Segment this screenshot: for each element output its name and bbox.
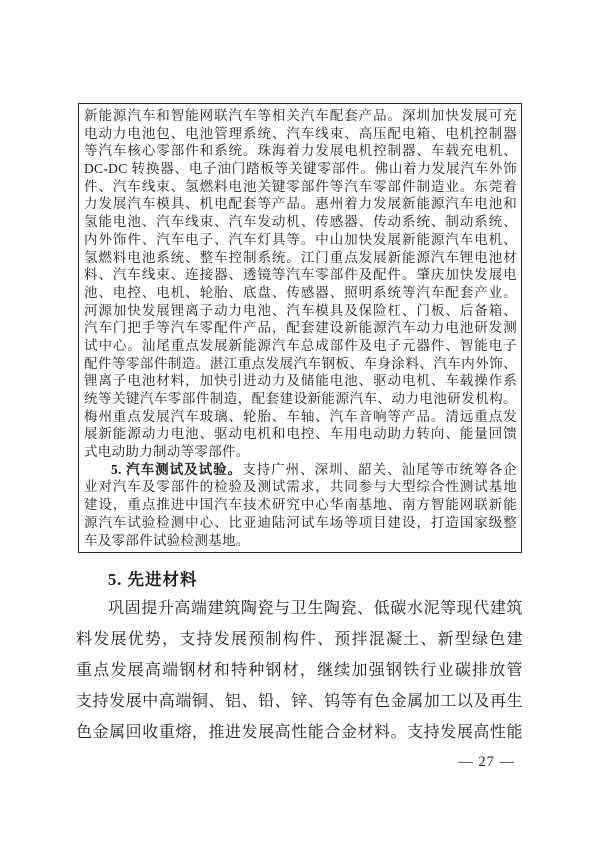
text-line: 内外饰件、汽车电子、汽车灯具等。中山加快发展新能源汽车电机、 [84,231,517,249]
text-line: 料、汽车线束、连接器、透镜等汽车零部件及配件。肇庆加快发展电 [84,266,517,284]
text-line: 重点发展高端钢材和特种钢材，继续加强钢铁行业碳排放管理。 [76,655,523,686]
document-page: 新能源汽车和智能网联汽车等相关汽车配套产品。深圳加快发展可充电动力电池包、电池管… [0,0,600,848]
text-line: 5. 汽车测试及试验。支持广州、深圳、韶关、汕尾等市统筹各企 [84,461,517,479]
text-line: 式电动助力制动等零部件。 [84,443,517,461]
text-line: 车及零部件试验检测基地。 [84,532,517,550]
text-line: 力发展汽车模具、机电配套等产品。惠州着力发展新能源汽车电池和 [84,195,517,213]
text-line: 件、汽车线束、氢燃料电池关键零部件等汽车零部件制造业。东莞着 [84,178,517,196]
text-line: 源汽车试验检测中心、比亚迪陆河试车场等项目建设，打造国家级整 [84,514,517,532]
page-number: — 27 — [458,754,515,771]
text-line: 氢能电池、汽车线束、汽车发动机、传感器、传动系统、制动系统、 [84,213,517,231]
text-line: 等汽车核心零部件和系统。珠海着力发展电机控制器、车载充电机、 [84,142,517,160]
text-line: 巩固提升高端建筑陶瓷与卫生陶瓷、低碳水泥等现代建筑材 [76,593,523,624]
text-line: DC-DC 转换器、电子油门踏板等关键零部件。佛山着力发展汽车外饰 [84,160,517,178]
text-line: 业对汽车及零部件的检验及测试需求，共同参与大型综合性测试基地 [84,478,517,496]
text-line: 池、电控、电机、轮胎、底盘、传感器、照明系统等汽车配套产业。 [84,284,517,302]
text-line: 料发展优势，支持发展预制构件、预拌混凝土、新型绿色建材。 [76,624,523,655]
text-line: 氢燃料电池系统、整车控制系统。江门重点发展新能源汽车锂电池材 [84,249,517,267]
text-line: 锂离子电池材料，加快引进动力及储能电池、驱动电机、车载操作系 [84,372,517,390]
text-line: 梅州重点发展汽车玻璃、轮胎、车轴、汽车音响等产品。清远重点发 [84,408,517,426]
text-line: 色金属回收重熔，推进发展高性能合金材料。支持发展高性能橡 [76,717,523,748]
text-line: 统等关键汽车零部件制造，配套建设新能源汽车、动力电池研发机构。 [84,390,517,408]
text-line: 展新能源动力电池、驱动电机和电控、车用电动助力转向、能量回馈 [84,425,517,443]
text-line: 电动力电池包、电池管理系统、汽车线束、高压配电箱、电机控制器 [84,125,517,143]
section-heading: 5. 先进材料 [108,566,198,590]
text-line: 新能源汽车和智能网联汽车等相关汽车配套产品。深圳加快发展可充 [84,107,517,125]
text-line: 支持发展中高端铜、铝、铅、锌、钨等有色金属加工以及再生有 [76,686,523,717]
text-line: 汽车门把手等汽车零配件产品，配套建设新能源汽车动力电池研发测 [84,319,517,337]
text-line: 河源加快发展锂离子动力电池、汽车模具及保险杠、门板、后备箱、 [84,302,517,320]
bold-run: 5. 汽车测试及试验。 [111,462,242,477]
text-line: 配件等零部件制造。湛江重点发展汽车钢板、车身涂料、汽车内外饰、 [84,355,517,373]
bordered-text-box: 新能源汽车和智能网联汽车等相关汽车配套产品。深圳加快发展可充电动力电池包、电池管… [78,103,522,553]
section-paragraph: 巩固提升高端建筑陶瓷与卫生陶瓷、低碳水泥等现代建筑材料发展优势，支持发展预制构件… [76,593,523,748]
text-line: 建设，重点推进中国汽车技术研究中心华南基地、南方智能网联新能 [84,496,517,514]
text-line: 试中心。汕尾重点发展新能源汽车总成部件及电子元器件、智能电子 [84,337,517,355]
